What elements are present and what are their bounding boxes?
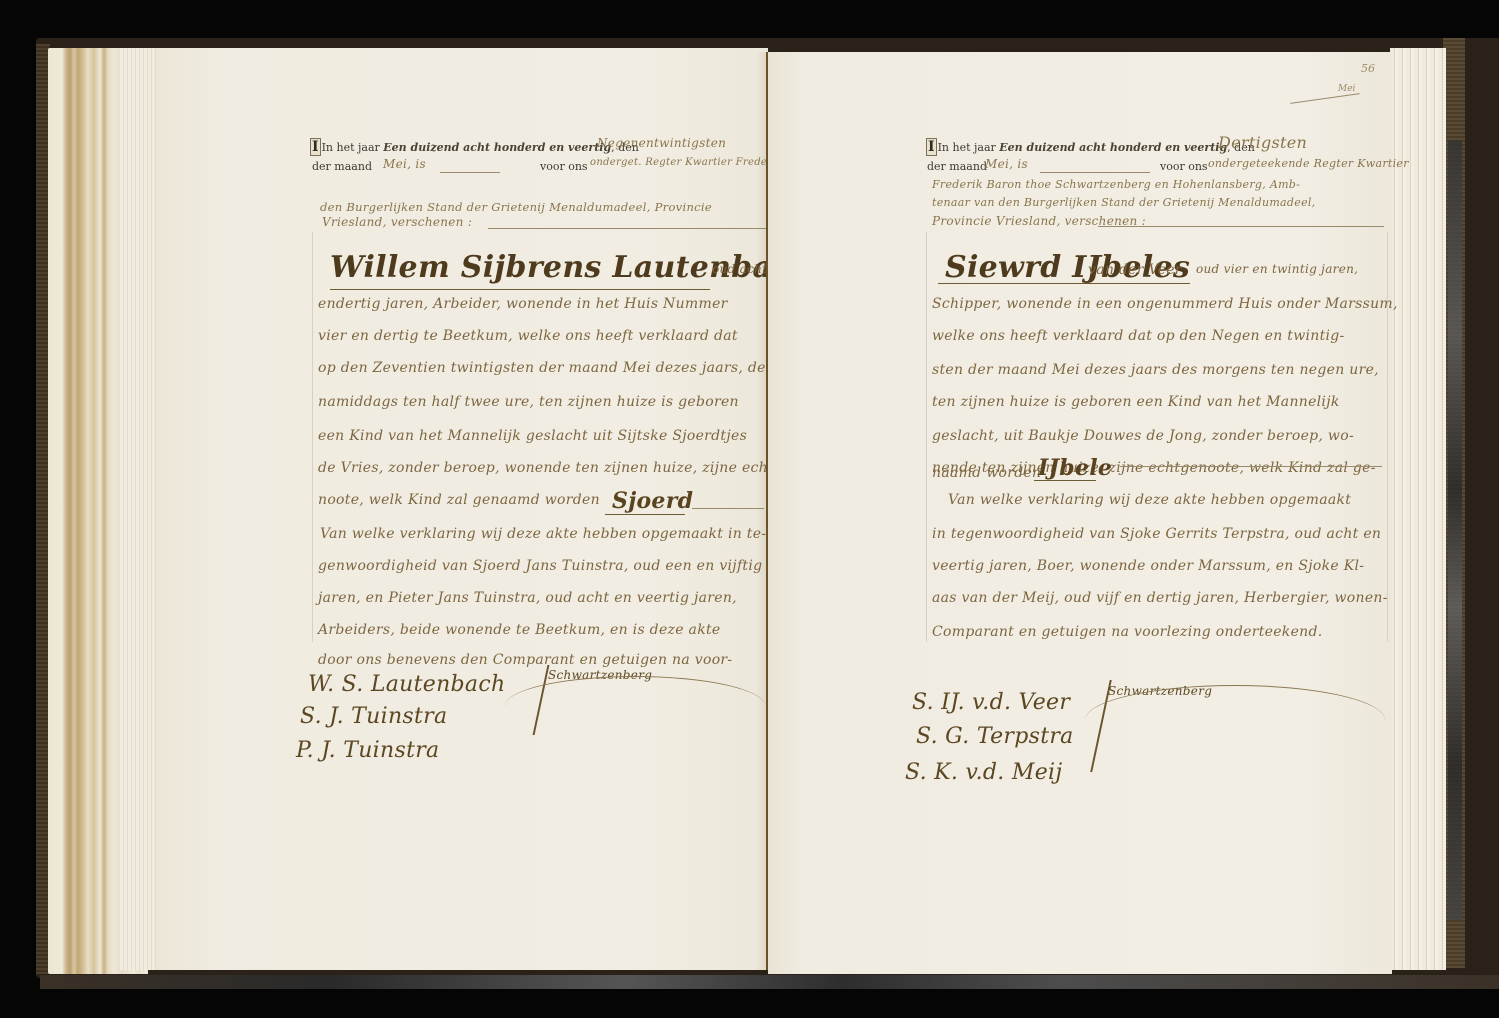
right-closing-5: Comparant en getuigen na voorlezing onde… (932, 624, 1323, 640)
left-intro-2: den Burgerlijken Stand der Grietenij Men… (320, 200, 712, 214)
left-line-7: noote, welk Kind zal genaamd worden (318, 492, 600, 508)
left-printed-header: IIn het jaar Een duizend acht honderd en… (310, 139, 639, 155)
left-closing-2: jaren, en Pieter Jans Tuinstra, oud acht… (318, 590, 737, 606)
fill-line (488, 228, 766, 229)
scanned-book-image: IIn het jaar Een duizend acht honderd en… (0, 0, 1499, 1018)
name-underline (330, 289, 710, 290)
left-voor-ons: voor ons (540, 160, 588, 173)
left-line-5: een Kind van het Mannelijk geslacht uit … (318, 428, 747, 444)
right-line-2: welke ons heeft verklaard dat op den Neg… (932, 328, 1345, 344)
right-page-stack (1390, 48, 1446, 970)
right-line-4: ten zijnen huize is geboren een Kind van… (932, 394, 1340, 410)
right-intro-3: tenaar van den Burgerlijken Stand der Gr… (932, 196, 1316, 209)
fill-line (1098, 226, 1384, 227)
left-line-3: op den Zeventien twintigsten der maand M… (318, 360, 773, 376)
fill-line (1040, 172, 1150, 173)
right-naamd-worden: naamd worden (932, 465, 1041, 481)
right-line-3: sten der maand Mei dezes jaars des morge… (932, 362, 1379, 378)
right-der-maand: der maand (927, 160, 987, 173)
left-der-maand: der maand (312, 160, 372, 173)
left-closing-0: Van welke verklaring wij deze akte hebbe… (320, 526, 766, 542)
right-line-0: oud vier en twintig jaren, (1196, 262, 1358, 276)
signature-flourish (505, 676, 765, 736)
right-signature-witness-2: S. K. v.d. Meij (905, 760, 1062, 785)
left-page-edges (120, 48, 158, 970)
right-child-name: IJbele (1038, 455, 1112, 481)
drop-cap: I (310, 138, 321, 156)
left-line-1: endertig jaren, Arbeider, wonende in het… (318, 296, 728, 312)
fill-line (692, 508, 764, 509)
left-intro-3: Vriesland, verschenen : (322, 215, 472, 229)
signature-flourish (1085, 685, 1385, 755)
right-closing-0: Van welke verklaring wij deze akte hebbe… (948, 492, 1351, 508)
left-closing-3: Arbeiders, beide wonende te Beetkum, en … (318, 622, 721, 638)
right-printed-header: IIn het jaar Een duizend acht honderd en… (926, 139, 1255, 155)
fill-line (440, 172, 500, 173)
page-number: 56 (1361, 62, 1375, 75)
right-day: Dertigsten (1218, 133, 1307, 152)
right-intro-2: Frederik Baron thoe Schwartzenberg en Ho… (932, 178, 1300, 191)
left-line-6: de Vries, zonder beroep, wonende ten zij… (318, 460, 797, 476)
fill-line (1120, 466, 1382, 467)
left-closing-4: door ons benevens den Comparant en getui… (318, 652, 732, 668)
left-day: Negenentwintigsten (597, 136, 726, 150)
left-closing-1: genwoordigheid van Sjoerd Jans Tuinstra,… (318, 558, 762, 574)
left-signature-declarant: W. S. Lautenbach (308, 672, 505, 697)
left-line-4: namiddags ten half twee ure, ten zijnen … (318, 394, 739, 410)
cover-marble-edge (1448, 140, 1462, 920)
right-closing-3: aas van der Meij, oud vijf en dertig jar… (932, 590, 1388, 606)
child-name-underline (1034, 480, 1096, 481)
right-line-5: geslacht, uit Baukje Douwes de Jong, zon… (932, 428, 1354, 444)
right-month: Mei, is (985, 157, 1028, 171)
child-name-underline (605, 514, 685, 515)
right-closing-2: veertig jaren, Boer, wonende onder Marss… (932, 558, 1364, 574)
left-child-name: Sjoerd (612, 488, 693, 514)
left-line-2: vier en dertig te Beetkum, welke ons hee… (318, 328, 738, 344)
right-signature-declarant: S. IJ. v.d. Veer (912, 690, 1070, 715)
left-month: Mei, is (383, 157, 426, 171)
page-note: Mei (1338, 84, 1355, 94)
left-signature-witness-2: P. J. Tuinstra (296, 738, 439, 763)
right-declarant-surname: van der Veer (1088, 262, 1182, 278)
right-intro-1: ondergeteekende Regter Kwartier (1208, 157, 1409, 170)
right-signature-witness-1: S. G. Terpstra (916, 724, 1074, 749)
right-voor-ons: voor ons (1160, 160, 1208, 173)
drop-cap: I (926, 138, 937, 156)
cover-bottom-edge (40, 975, 1499, 989)
right-closing-1: in tegenwoordigheid van Sjoke Gerrits Te… (932, 526, 1381, 542)
name-underline (938, 283, 1190, 284)
left-signature-witness-1: S. J. Tuinstra (300, 704, 447, 729)
right-line-1: Schipper, wonende in een ongenummerd Hui… (932, 296, 1398, 312)
